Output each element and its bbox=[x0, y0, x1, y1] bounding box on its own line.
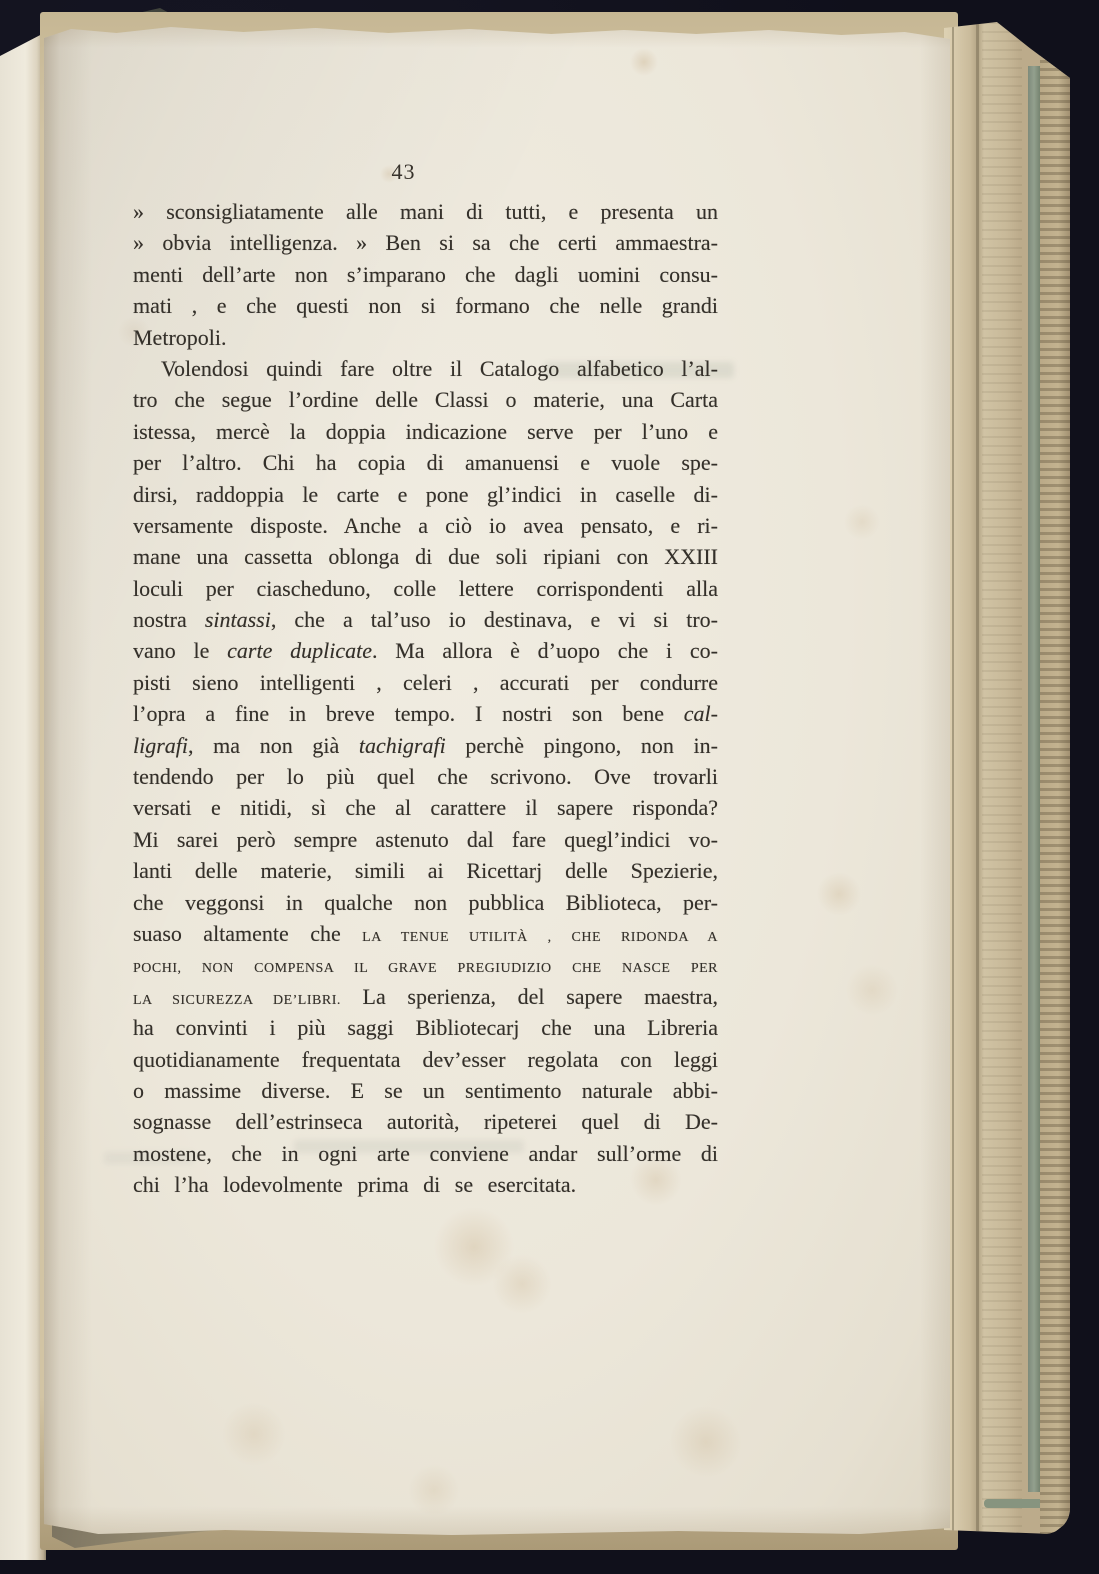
body-text: chi l’ha lodevolmente prima di se eserci… bbox=[133, 1172, 576, 1197]
page-edge-seam bbox=[952, 22, 954, 1534]
text-line: ha convinti i più saggi Bibliotecarj che… bbox=[133, 1012, 718, 1043]
italic-text: tachigrafi bbox=[359, 733, 446, 758]
body-text: o massime diverse. E se un sentimento na… bbox=[133, 1078, 718, 1103]
body-text: , ma non già bbox=[188, 733, 359, 758]
body-text: mati , e che questi non si formano che n… bbox=[133, 293, 718, 318]
italic-text: carte duplicate bbox=[227, 638, 372, 663]
text-line: che veggonsi in qualche non pubblica Bib… bbox=[133, 887, 718, 918]
body-text: Volendosi quindi fare oltre il Catalogo … bbox=[161, 356, 718, 381]
body-text: loculi per ciascheduno, colle lettere co… bbox=[133, 576, 718, 601]
text-line: tro che segue l’ordine delle Classi o ma… bbox=[133, 384, 718, 415]
body-text: . Ma allora è d’uopo che i co- bbox=[372, 638, 718, 663]
text-line: » obvia intelligenza. » Ben si sa che ce… bbox=[133, 227, 718, 258]
smallcaps-text: LA TENUE UTILITÀ , CHE RIDONDA A bbox=[362, 930, 718, 945]
body-text: Mi sarei però sempre astenuto dal fare q… bbox=[133, 827, 718, 852]
italic-text: ligrafi bbox=[133, 733, 188, 758]
smallcaps-text: POCHI, NON COMPENSA IL GRAVE PREGIUDIZIO… bbox=[133, 961, 718, 976]
text-line: lanti delle materie, simili ai Ricettarj… bbox=[133, 855, 718, 886]
cover-cloth-edge-bottom bbox=[984, 1499, 1040, 1508]
text-line: o massime diverse. E se un sentimento na… bbox=[133, 1075, 718, 1106]
body-text: lanti delle materie, simili ai Ricettarj… bbox=[133, 858, 718, 883]
body-text: La sperienza, del sapere maestra, bbox=[341, 984, 718, 1009]
body-text: versamente disposte. Anche a ciò io avea… bbox=[133, 513, 718, 538]
body-text: versati e nitidi, sì che al carattere il… bbox=[133, 795, 718, 820]
body-text: vano le bbox=[133, 638, 227, 663]
body-text: mane una cassetta oblonga di due soli ri… bbox=[133, 544, 718, 569]
book-scan-photo: 43 » sconsigliatamente alle mani di tutt… bbox=[0, 0, 1099, 1574]
body-text: ha convinti i più saggi Bibliotecarj che… bbox=[133, 1015, 718, 1040]
text-line: Volendosi quindi fare oltre il Catalogo … bbox=[133, 353, 718, 384]
body-text: , che a tal’uso io destinava, e vi si tr… bbox=[271, 607, 718, 632]
body-text: menti dell’arte non s’imparano che dagli… bbox=[133, 262, 718, 287]
text-line: l’opra a fine in breve tempo. I nostri s… bbox=[133, 698, 718, 729]
body-text: tendendo per lo più quel che scrivono. O… bbox=[133, 764, 718, 789]
body-text: » obvia intelligenza. » Ben si sa che ce… bbox=[133, 230, 718, 255]
body-text: mostene, che in ogni arte conviene andar… bbox=[133, 1141, 718, 1166]
text-line: sognasse dell’estrinseca autorità, ripet… bbox=[133, 1106, 718, 1137]
text-line: menti dell’arte non s’imparano che dagli… bbox=[133, 259, 718, 290]
cover-cloth-edge-vertical bbox=[1028, 66, 1040, 1492]
body-text: suaso altamente che bbox=[133, 921, 362, 946]
fore-edge-page-stack bbox=[944, 22, 1070, 1534]
page-number: 43 bbox=[133, 156, 718, 188]
book-page: 43 » sconsigliatamente alle mani di tutt… bbox=[44, 22, 950, 1536]
text-line: suaso altamente che LA TENUE UTILITÀ , C… bbox=[133, 918, 718, 949]
text-line: mane una cassetta oblonga di due soli ri… bbox=[133, 541, 718, 572]
body-text: nostra bbox=[133, 607, 205, 632]
body-text: sognasse dell’estrinseca autorità, ripet… bbox=[133, 1109, 718, 1134]
italic-text: cal- bbox=[684, 701, 718, 726]
page-edge-seam bbox=[976, 22, 979, 1534]
text-line: versamente disposte. Anche a ciò io avea… bbox=[133, 510, 718, 541]
body-text: tro che segue l’ordine delle Classi o ma… bbox=[133, 387, 718, 412]
smallcaps-text: LA SICUREZZA DE’LIBRI. bbox=[133, 993, 341, 1008]
text-line: dirsi, raddoppia le carte e pone gl’indi… bbox=[133, 479, 718, 510]
body-text: che veggonsi in qualche non pubblica Bib… bbox=[133, 890, 718, 915]
text-line: mostene, che in ogni arte conviene andar… bbox=[133, 1138, 718, 1169]
body-text: istessa, mercè la doppia indicazione ser… bbox=[133, 419, 718, 444]
text-line: » sconsigliatamente alle mani di tutti, … bbox=[133, 196, 718, 227]
italic-text: sintassi bbox=[205, 607, 271, 632]
text-line: loculi per ciascheduno, colle lettere co… bbox=[133, 573, 718, 604]
text-line: Metropoli. bbox=[133, 322, 718, 353]
text-line: versati e nitidi, sì che al carattere il… bbox=[133, 792, 718, 823]
body-text: dirsi, raddoppia le carte e pone gl’indi… bbox=[133, 482, 718, 507]
marbled-cover-edge bbox=[1040, 52, 1070, 1534]
text-line: pisti sieno intelligenti , celeri , accu… bbox=[133, 667, 718, 698]
body-text: Metropoli. bbox=[133, 325, 227, 350]
body-text: pisti sieno intelligenti , celeri , accu… bbox=[133, 670, 718, 695]
body-text: perchè pingono, non in- bbox=[446, 733, 718, 758]
text-line: quotidianamente frequentata dev’esser re… bbox=[133, 1044, 718, 1075]
page-edge-streaks bbox=[982, 22, 1022, 1534]
text-line: mati , e che questi non si formano che n… bbox=[133, 290, 718, 321]
text-line: LA SICUREZZA DE’LIBRI. La sperienza, del… bbox=[133, 981, 718, 1012]
text-line: nostra sintassi, che a tal’uso io destin… bbox=[133, 604, 718, 635]
body-text: » sconsigliatamente alle mani di tutti, … bbox=[133, 199, 718, 224]
text-line: tendendo per lo più quel che scrivono. O… bbox=[133, 761, 718, 792]
text-line: vano le carte duplicate. Ma allora è d’u… bbox=[133, 635, 718, 666]
text-block: » sconsigliatamente alle mani di tutti, … bbox=[133, 196, 718, 1201]
text-line: per l’altro. Chi ha copia di amanuensi e… bbox=[133, 447, 718, 478]
text-line: istessa, mercè la doppia indicazione ser… bbox=[133, 416, 718, 447]
text-line: Mi sarei però sempre astenuto dal fare q… bbox=[133, 824, 718, 855]
body-text: quotidianamente frequentata dev’esser re… bbox=[133, 1047, 718, 1072]
text-line: POCHI, NON COMPENSA IL GRAVE PREGIUDIZIO… bbox=[133, 949, 718, 980]
text-line: chi l’ha lodevolmente prima di se eserci… bbox=[133, 1169, 718, 1200]
body-text: per l’altro. Chi ha copia di amanuensi e… bbox=[133, 450, 718, 475]
text-line: ligrafi, ma non già tachigrafi perchè pi… bbox=[133, 730, 718, 761]
body-text: l’opra a fine in breve tempo. I nostri s… bbox=[133, 701, 684, 726]
